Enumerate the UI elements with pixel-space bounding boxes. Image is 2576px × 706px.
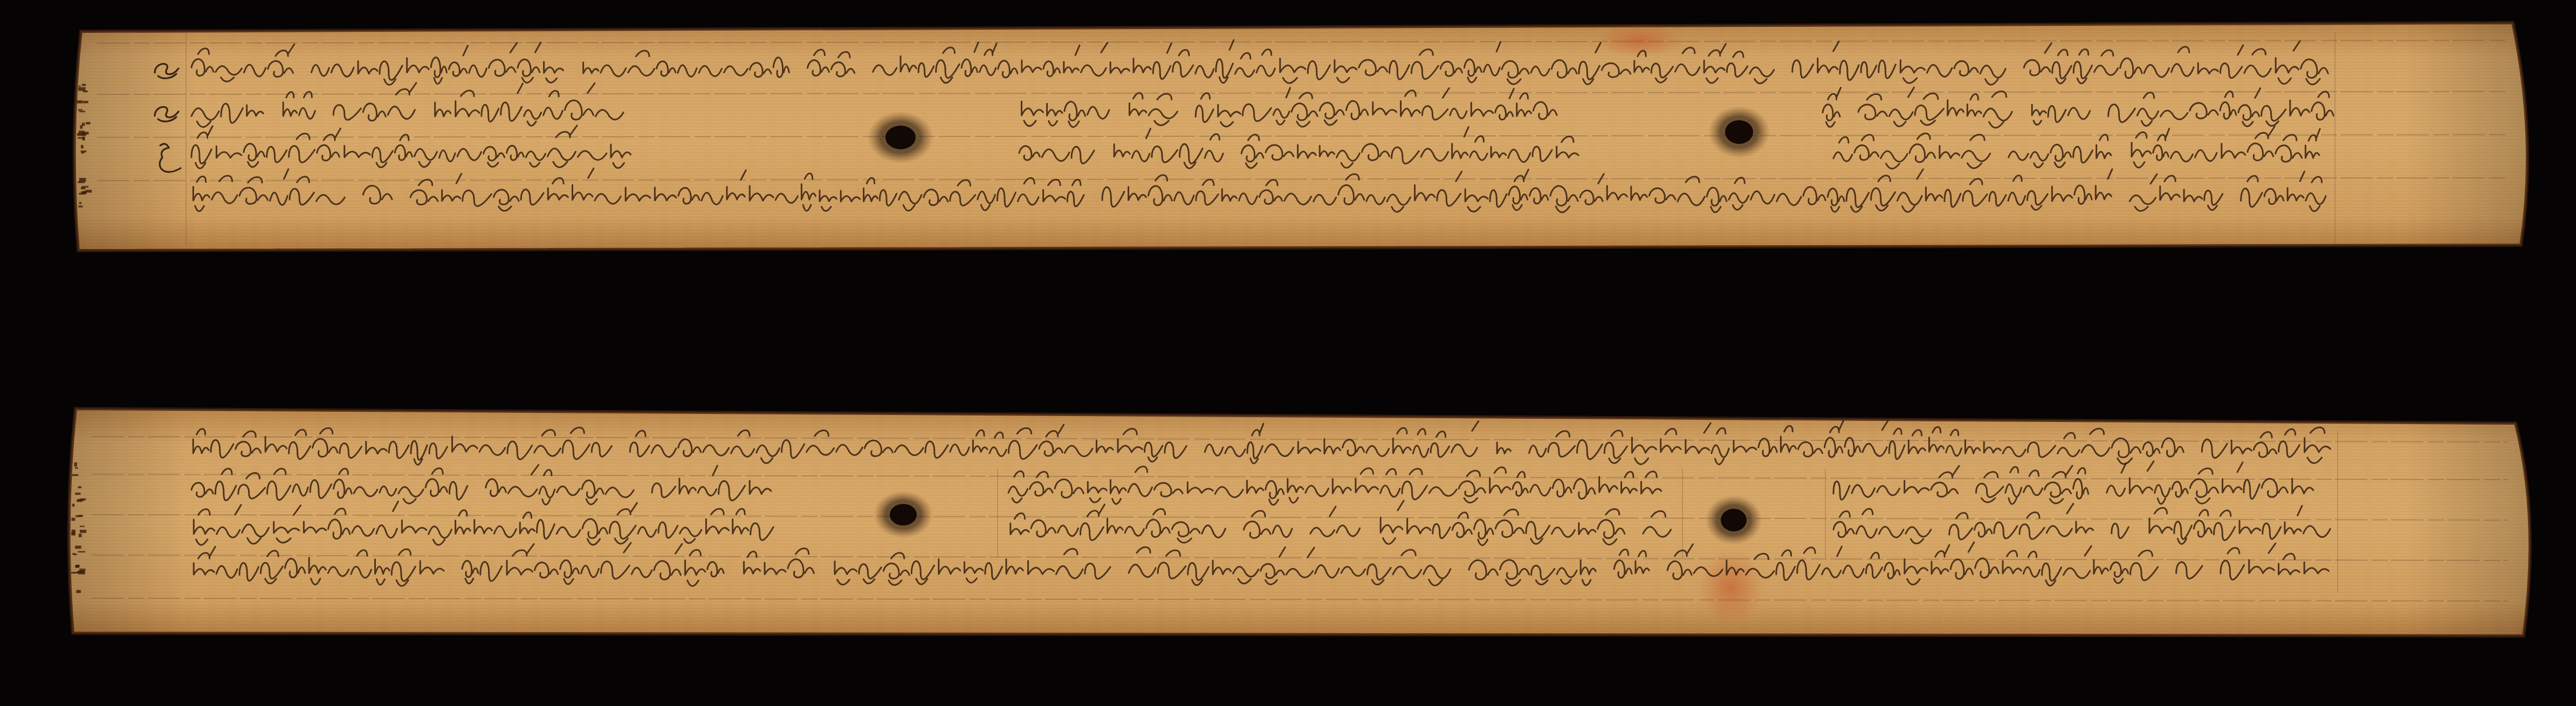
leaf-bottom bbox=[69, 409, 2530, 636]
string-hole bbox=[885, 126, 916, 149]
string-hole bbox=[1721, 509, 1747, 531]
string-hole bbox=[890, 504, 917, 525]
leaf-top bbox=[74, 23, 2527, 251]
string-hole bbox=[1725, 120, 1753, 144]
manuscript-photo bbox=[0, 0, 2576, 706]
